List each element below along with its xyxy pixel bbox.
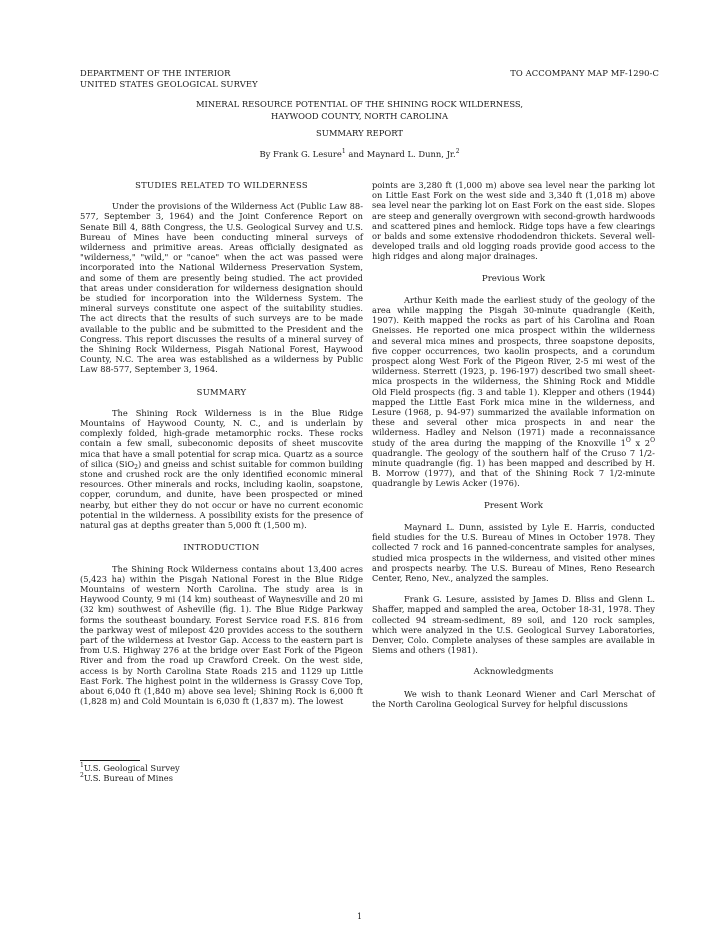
department-name: DEPARTMENT OF THE INTERIOR xyxy=(80,68,258,79)
report-title: MINERAL RESOURCE POTENTIAL OF THE SHININ… xyxy=(0,99,719,122)
agency-header: DEPARTMENT OF THE INTERIOR UNITED STATES… xyxy=(80,68,258,89)
byline-author-2: and Maynard L. Dunn, Jr. xyxy=(346,149,456,159)
map-reference: TO ACCOMPANY MAP MF-1290-C xyxy=(510,68,659,79)
heading-studies: STUDIES RELATED TO WILDERNESS xyxy=(80,180,363,190)
right-column: points are 3,280 ft (1,000 m) above sea … xyxy=(372,180,655,709)
paragraph-introduction-continued: points are 3,280 ft (1,000 m) above sea … xyxy=(372,180,655,262)
heading-acknowledgments: Acknowledgments xyxy=(372,667,655,677)
footnote-1: 1U.S. Geological Survey xyxy=(80,763,180,773)
title-line-2: HAYWOOD COUNTY, NORTH CAROLINA xyxy=(0,111,719,123)
paragraph-acknowledgments: We wish to thank Leonard Wiener and Carl… xyxy=(372,689,655,709)
paragraph-studies: Under the provisions of the Wilderness A… xyxy=(80,201,363,374)
report-subtitle: SUMMARY REPORT xyxy=(0,128,719,140)
survey-name: UNITED STATES GEOLOGICAL SURVEY xyxy=(80,79,258,90)
footnote-2: 2U.S. Bureau of Mines xyxy=(80,773,180,783)
paragraph-present-work-1: Maynard L. Dunn, assisted by Lyle E. Har… xyxy=(372,522,655,583)
heading-previous-work: Previous Work xyxy=(372,274,655,284)
byline: By Frank G. Lesure1 and Maynard L. Dunn,… xyxy=(0,149,719,161)
left-column: STUDIES RELATED TO WILDERNESS Under the … xyxy=(80,180,363,706)
heading-introduction: INTRODUCTION xyxy=(80,542,363,552)
footnote-divider xyxy=(80,760,140,761)
footnote-ref-2: 2 xyxy=(456,148,460,155)
byline-author-1: By Frank G. Lesure xyxy=(259,149,341,159)
paragraph-introduction: The Shining Rock Wilderness contains abo… xyxy=(80,564,363,707)
paragraph-summary: The Shining Rock Wilderness is in the Bl… xyxy=(80,408,363,530)
page-number: 1 xyxy=(0,912,719,921)
footnotes: 1U.S. Geological Survey 2U.S. Bureau of … xyxy=(80,763,180,784)
paragraph-present-work-2: Frank G. Lesure, assisted by James D. Bl… xyxy=(372,594,655,655)
heading-present-work: Present Work xyxy=(372,501,655,511)
title-line-1: MINERAL RESOURCE POTENTIAL OF THE SHININ… xyxy=(0,99,719,111)
heading-summary: SUMMARY xyxy=(80,387,363,397)
paragraph-previous-work: Arthur Keith made the earliest study of … xyxy=(372,295,655,489)
